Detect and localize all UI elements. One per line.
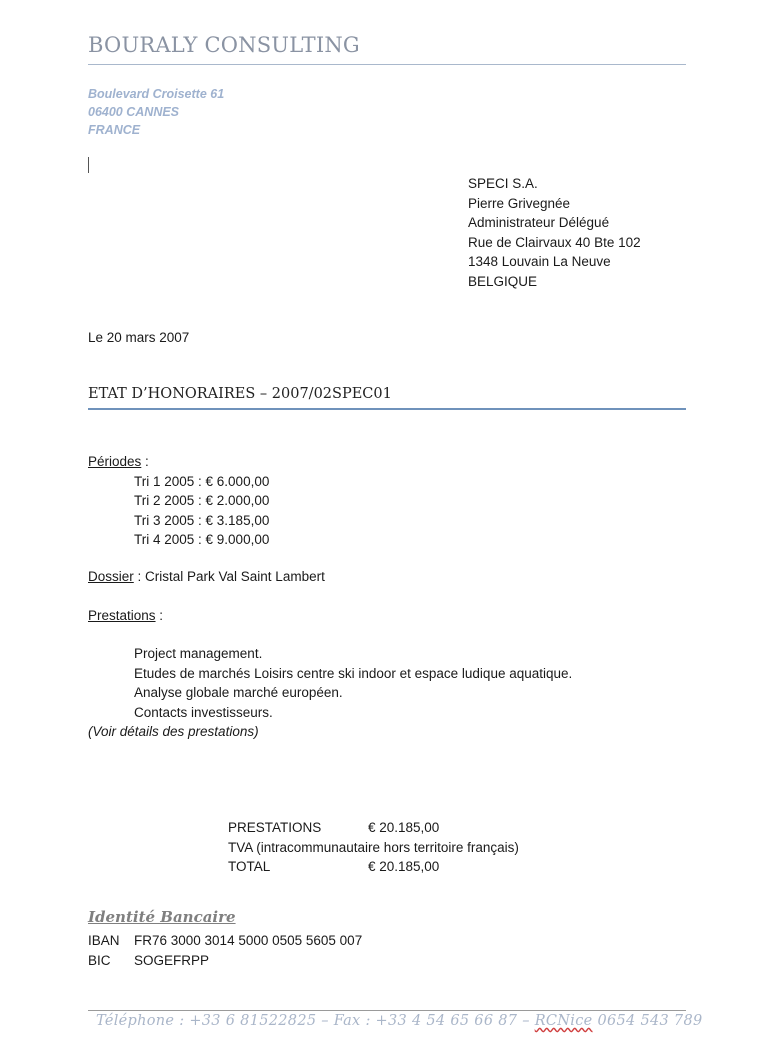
bank-details: IBANFR76 3000 3014 5000 0505 5605 007 BI… <box>88 931 362 970</box>
sender-city: 06400 CANNES <box>88 103 224 121</box>
period-item: Tri 3 2005 : € 3.185,00 <box>88 511 269 531</box>
prestation-item: Analyse globale marché européen. <box>88 683 572 703</box>
bic-value: SOGEFRPP <box>134 953 209 968</box>
recipient-line: Pierre Grivegnée <box>468 194 641 214</box>
total-label: TOTAL <box>228 857 368 877</box>
sender-address: Boulevard Croisette 61 06400 CANNES FRAN… <box>88 85 224 139</box>
period-item: Tri 4 2005 : € 9.000,00 <box>88 530 269 550</box>
bank-heading: Identité Bancaire <box>88 908 236 926</box>
spellcheck-word: RCNice <box>535 1013 593 1029</box>
footer-contact: Téléphone : +33 6 81522825 – Fax : +33 4… <box>96 1013 703 1029</box>
sender-country: FRANCE <box>88 121 224 139</box>
recipient-line: Rue de Clairvaux 40 Bte 102 <box>468 233 641 253</box>
recipient-address: SPECI S.A. Pierre Grivegnée Administrate… <box>468 174 641 292</box>
periods-section: Périodes : Tri 1 2005 : € 6.000,00 Tri 2… <box>88 452 269 550</box>
prestations-note: (Voir détails des prestations) <box>88 722 572 742</box>
periods-label: Périodes <box>88 454 141 469</box>
sender-street: Boulevard Croisette 61 <box>88 85 224 103</box>
bic-label: BIC <box>88 951 134 971</box>
period-item: Tri 1 2005 : € 6.000,00 <box>88 472 269 492</box>
text-cursor <box>88 157 89 173</box>
letter-date: Le 20 mars 2007 <box>88 330 189 345</box>
prestation-item: Contacts investisseurs. <box>88 703 572 723</box>
recipient-line: BELGIQUE <box>468 272 641 292</box>
prestations-total-value: € 20.185,00 <box>368 820 439 835</box>
title-divider <box>88 408 686 410</box>
footer-divider <box>88 1010 686 1011</box>
prestation-item: Project management. <box>88 644 572 664</box>
dossier-label: Dossier <box>88 569 134 584</box>
iban-value: FR76 3000 3014 5000 0505 5605 007 <box>134 933 362 948</box>
totals-block: PRESTATIONS€ 20.185,00 TVA (intracommuna… <box>228 818 519 877</box>
recipient-line: SPECI S.A. <box>468 174 641 194</box>
tva-label: TVA (intracommunautaire hors territoire … <box>228 838 519 858</box>
prestations-label: Prestations <box>88 608 156 623</box>
dossier-value: : Cristal Park Val Saint Lambert <box>134 569 325 584</box>
iban-label: IBAN <box>88 931 134 951</box>
recipient-line: Administrateur Délégué <box>468 213 641 233</box>
prestations-list: Project management. Etudes de marchés Lo… <box>88 644 572 742</box>
period-item: Tri 2 2005 : € 2.000,00 <box>88 491 269 511</box>
recipient-line: 1348 Louvain La Neuve <box>468 252 641 272</box>
header-divider <box>88 64 686 65</box>
prestations-total-label: PRESTATIONS <box>228 818 368 838</box>
company-name: BOURALY CONSULTING <box>88 33 360 57</box>
prestation-item: Etudes de marchés Loisirs centre ski ind… <box>88 664 572 684</box>
total-value: € 20.185,00 <box>368 859 439 874</box>
dossier-line: Dossier : Cristal Park Val Saint Lambert <box>88 567 325 587</box>
document-title: ETAT D’HONORAIRES – 2007/02SPEC01 <box>88 386 392 402</box>
prestations-heading: Prestations : <box>88 606 163 626</box>
